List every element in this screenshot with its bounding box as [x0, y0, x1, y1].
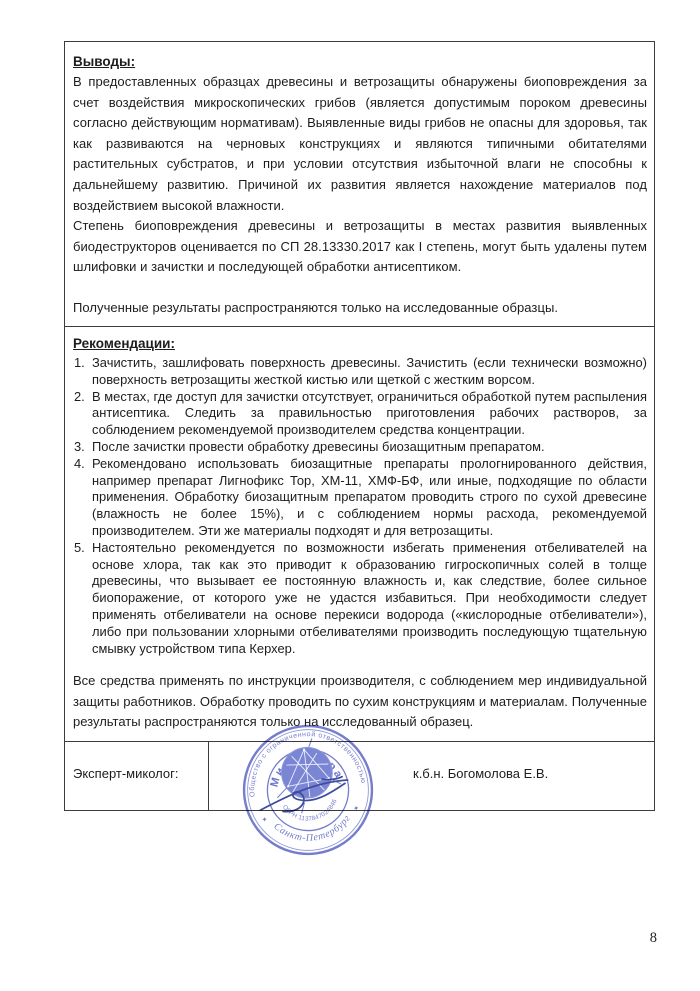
conclusions-paragraph: В предоставленных образцах древесины и в… [73, 72, 647, 216]
list-item-text: В местах, где доступ для зачистки отсутс… [92, 389, 647, 439]
list-item: 5. Настоятельно рекомендуется по возможн… [73, 540, 647, 658]
list-item-text: Настоятельно рекомендуется по возможност… [92, 540, 647, 658]
conclusions-paragraph: Степень биоповреждения древесины и ветро… [73, 216, 647, 278]
conclusions-heading: Выводы: [73, 51, 647, 72]
signature-role-cell: Эксперт-миколог: [65, 742, 209, 810]
recommendations-section: Рекомендации: 1. Зачистить, зашлифовать … [65, 326, 654, 741]
signature-role-label: Эксперт-миколог: [73, 766, 178, 781]
conclusions-scope-note: Полученные результаты распространяются т… [73, 298, 647, 319]
conclusions-section: Выводы: В предоставленных образцах древе… [65, 42, 654, 326]
list-item: 3. После зачистки провести обработку дре… [73, 439, 647, 456]
list-item-text: Зачистить, зашлифовать поверхность древе… [92, 355, 647, 389]
list-item-number: 4. [73, 456, 92, 540]
company-stamp: Общество с ограниченной ответственностью… [232, 713, 384, 867]
list-item: 4. Рекомендовано использовать биозащитны… [73, 456, 647, 540]
list-item-number: 2. [73, 389, 92, 439]
report-table: Выводы: В предоставленных образцах древе… [64, 41, 655, 811]
list-item-number: 1. [73, 355, 92, 389]
list-item-number: 3. [73, 439, 92, 456]
recommendations-heading: Рекомендации: [73, 334, 647, 353]
stamp-star-icon: ✦ [261, 816, 268, 825]
stamp-star-icon: ✦ [353, 804, 360, 813]
spacer [73, 278, 647, 298]
list-item: 1. Зачистить, зашлифовать поверхность др… [73, 355, 647, 389]
recommendations-list: 1. Зачистить, зашлифовать поверхность др… [73, 355, 647, 657]
page-number: 8 [650, 930, 657, 947]
signer-name: к.б.н. Богомолова Е.В. [413, 766, 548, 781]
list-item-text: Рекомендовано использовать биозащитные п… [92, 456, 647, 540]
list-item: 2. В местах, где доступ для зачистки отс… [73, 389, 647, 439]
list-item-text: После зачистки провести обработку древес… [92, 439, 647, 456]
list-item-number: 5. [73, 540, 92, 658]
